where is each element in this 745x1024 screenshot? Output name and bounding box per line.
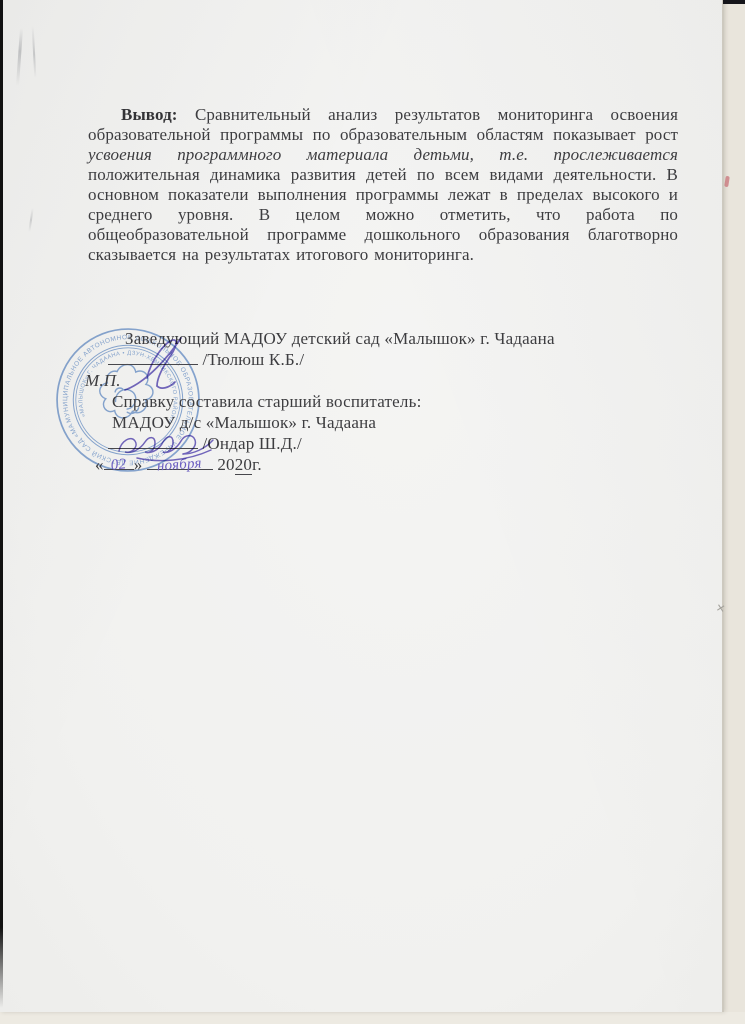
author-title-line: Справку составила старший воспитатель: bbox=[85, 391, 685, 412]
date-open-quote: « bbox=[95, 455, 104, 474]
red-pen-mark bbox=[724, 176, 730, 187]
scanned-document: { "page": { "paragraph": { "label": "Выв… bbox=[0, 0, 745, 1024]
paper-crease bbox=[32, 26, 37, 78]
date-year-fill: 20 bbox=[235, 455, 252, 475]
director-handwritten-signature bbox=[116, 334, 206, 392]
conclusion-label: Вывод: bbox=[121, 105, 178, 124]
page-right-edge bbox=[722, 0, 724, 1012]
pencil-x-mark: ✕ bbox=[715, 601, 727, 616]
scan-left-edge bbox=[0, 0, 3, 1008]
paper-sheet: Вывод: Сравнительный анализ результатов … bbox=[0, 0, 723, 1012]
paper-crease bbox=[16, 28, 23, 86]
date-year-suffix: г. bbox=[252, 455, 262, 474]
scanner-bottom-strip bbox=[0, 1012, 745, 1024]
conclusion-text-2: положительная динамика развития детей по… bbox=[88, 165, 678, 264]
conclusion-paragraph: Вывод: Сравнительный анализ результатов … bbox=[88, 105, 678, 265]
paper-crease bbox=[28, 208, 33, 232]
scan-corner-shadow bbox=[723, 0, 745, 4]
conclusion-text-italic: усвоения программного материала детьми, … bbox=[88, 145, 678, 164]
director-name: /Тюлюш К.Б./ bbox=[202, 350, 304, 369]
author-handwritten-signature bbox=[113, 427, 221, 463]
